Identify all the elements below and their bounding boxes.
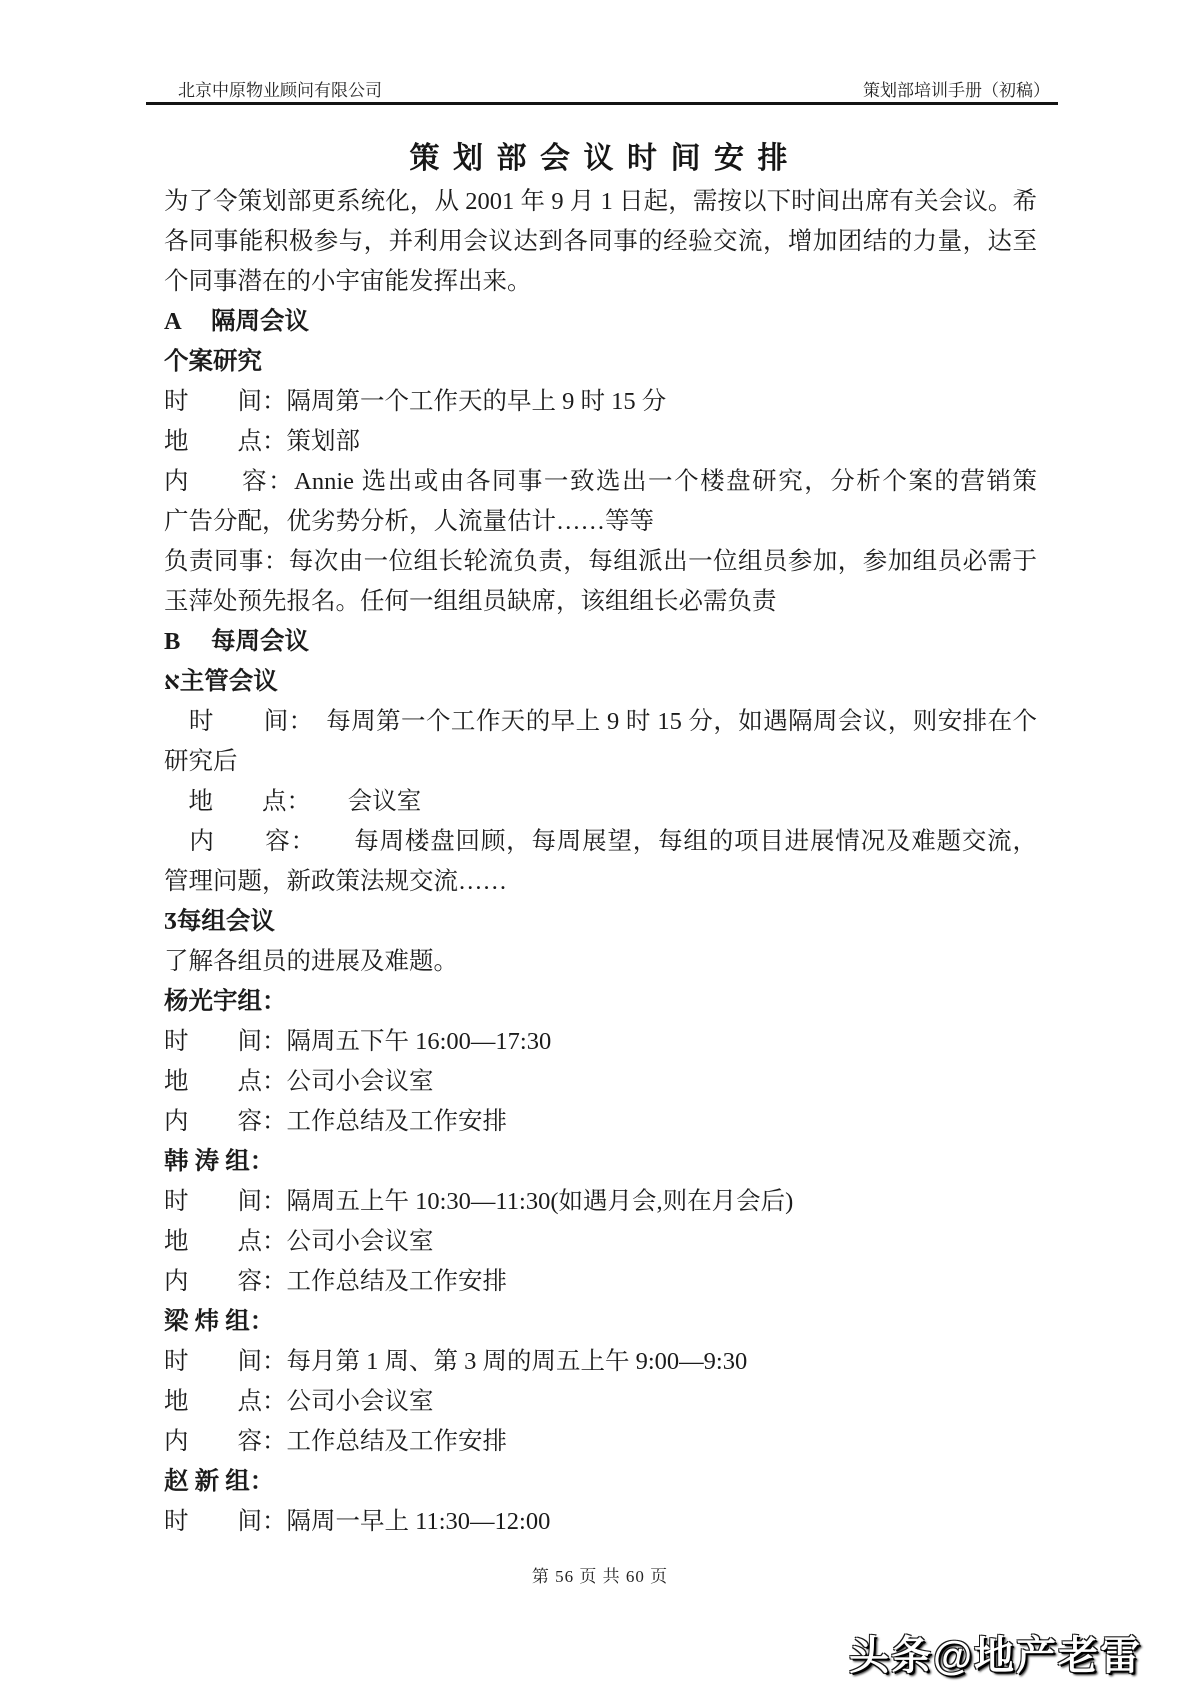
doc-line: 研究后: [164, 742, 1037, 782]
doc-line: B 每周会议: [164, 622, 1037, 662]
doc-line: 时 间：隔周五下午 16:00—17:30: [164, 1022, 1037, 1062]
doc-line: 为了令策划部更系统化，从 2001 年 9 月 1 日起，需按以下时间出席有关会…: [164, 182, 1037, 222]
doc-line: א主管会议: [164, 662, 1037, 702]
doc-line: 了解各组员的进展及难题。: [164, 942, 1037, 982]
document-body: 为了令策划部更系统化，从 2001 年 9 月 1 日起，需按以下时间出席有关会…: [164, 182, 1037, 1542]
watermark: 头条@地产老雷: [849, 1624, 1142, 1681]
doc-line: 玉萍处预先报名。任何一组组员缺席，该组组长必需负责: [164, 582, 1037, 622]
page-header: 北京中原物业顾问有限公司 策划部培训手册（初稿）: [178, 76, 1050, 101]
doc-line: 时 间：隔周第一个工作天的早上 9 时 15 分: [164, 382, 1037, 422]
doc-line: 时 间： 每周第一个工作天的早上 9 时 15 分，如遇隔周会议，则安排在个案: [164, 702, 1037, 742]
doc-line: 各同事能积极参与，并利用会议达到各同事的经验交流，增加团结的力量，达至每: [164, 222, 1037, 262]
doc-line: 地 点：策划部: [164, 422, 1037, 462]
doc-line: 内 容：工作总结及工作安排: [164, 1262, 1037, 1302]
doc-line: 赵 新 组：: [164, 1462, 1037, 1502]
header-manual-title: 策划部培训手册（初稿）: [863, 76, 1050, 101]
doc-line: Ӡ每组会议: [164, 902, 1037, 942]
doc-line: 韩 涛 组：: [164, 1142, 1037, 1182]
doc-line: 个案研究: [164, 342, 1037, 382]
doc-line: 内 容：工作总结及工作安排: [164, 1422, 1037, 1462]
doc-line: 地 点：公司小会议室: [164, 1062, 1037, 1102]
page-title: 策 划 部 会 议 时 间 安 排: [0, 133, 1200, 177]
doc-line: 时 间：隔周一早上 11:30—12:00: [164, 1502, 1037, 1542]
doc-line: 地 点：公司小会议室: [164, 1222, 1037, 1262]
doc-line: 地 点： 会议室: [164, 782, 1037, 822]
doc-line: 时 间：隔周五上午 10:30—11:30(如遇月会,则在月会后): [164, 1182, 1037, 1222]
doc-line: 管理问题，新政策法规交流……: [164, 862, 1037, 902]
document-page: 北京中原物业顾问有限公司 策划部培训手册（初稿） 策 划 部 会 议 时 间 安…: [0, 0, 1200, 1697]
header-rule: [146, 102, 1058, 105]
doc-line: 内 容：工作总结及工作安排: [164, 1102, 1037, 1142]
doc-line: 梁 炜 组：: [164, 1302, 1037, 1342]
doc-line: 内 容：Annie 选出或由各同事一致选出一个楼盘研究，分析个案的营销策略，: [164, 462, 1037, 502]
doc-line: A 隔周会议: [164, 302, 1037, 342]
doc-line: 地 点：公司小会议室: [164, 1382, 1037, 1422]
header-company-name: 北京中原物业顾问有限公司: [178, 76, 382, 101]
doc-line: 负责同事：每次由一位组长轮流负责，每组派出一位组员参加，参加组员必需于王: [164, 542, 1037, 582]
doc-line: 内 容： 每周楼盘回顾，每周展望，每组的项目进展情况及难题交流，: [164, 822, 1037, 862]
page-number: 第 56 页 共 60 页: [0, 1562, 1200, 1587]
doc-line: 广告分配，优劣势分析，人流量估计……等等: [164, 502, 1037, 542]
doc-line: 杨光宇组：: [164, 982, 1037, 1022]
doc-line: 时 间：每月第 1 周、第 3 周的周五上午 9:00—9:30: [164, 1342, 1037, 1382]
doc-line: 个同事潜在的小宇宙能发挥出来。: [164, 262, 1037, 302]
